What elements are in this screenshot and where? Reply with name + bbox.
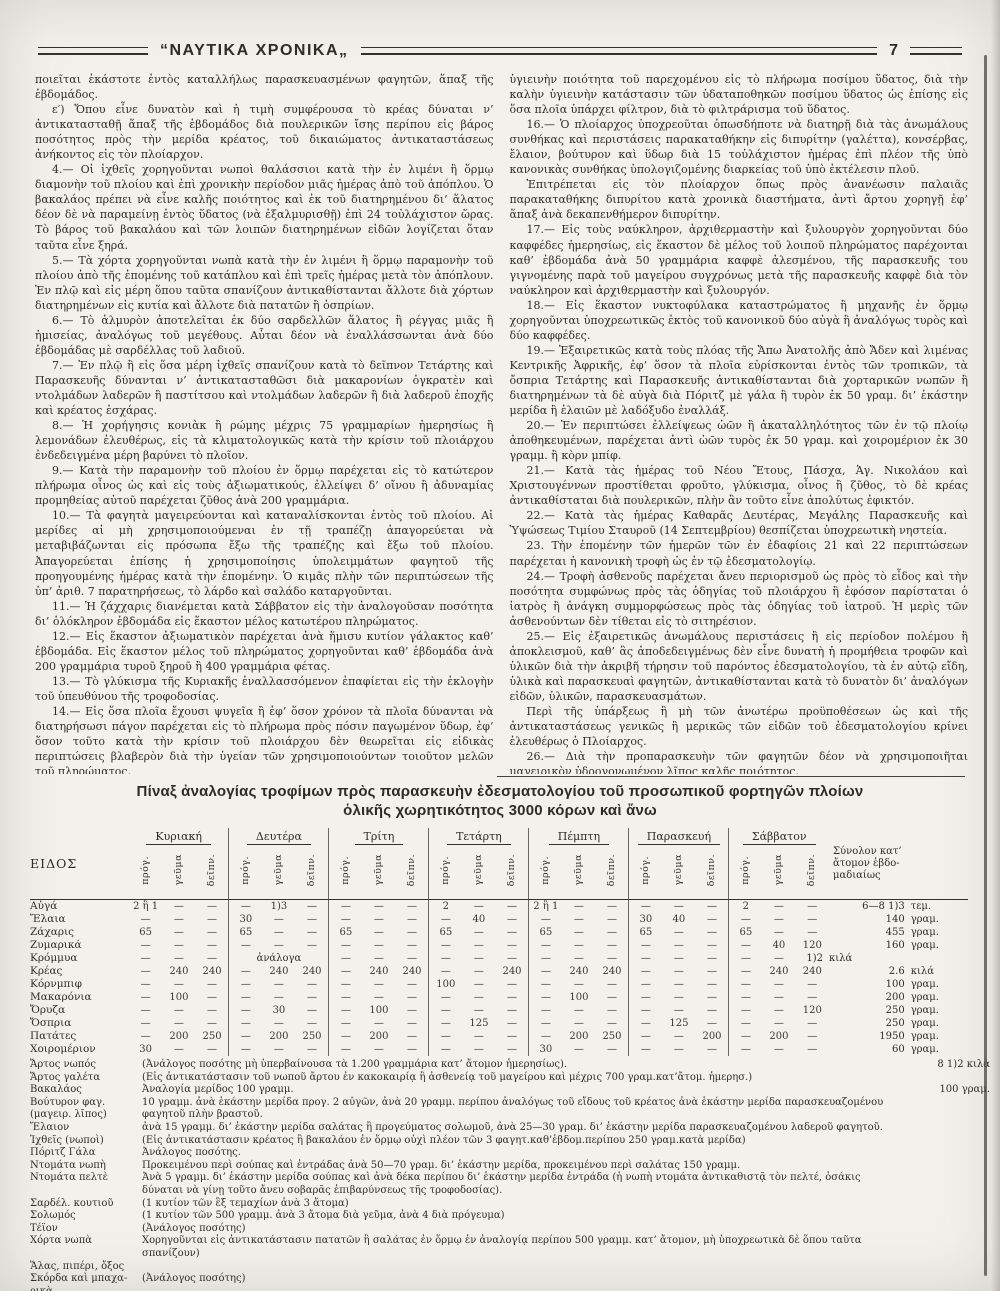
ration-cell: —: [329, 1017, 362, 1030]
ration-cell: —: [762, 1043, 795, 1056]
ration-cell: —: [562, 952, 595, 965]
ration-cell: —: [762, 926, 795, 939]
note-row: Βούτυρον φαγ. (μαγειρ. λῖπος)10 γραμμ. ἀ…: [30, 1097, 990, 1122]
ration-table-notes: Ἄρτος νωπός(Ἀνάλογος ποσότης μὴ ὑπερβαίν…: [30, 1059, 990, 1291]
meal-subheader: δεῖπν.: [396, 845, 429, 900]
meal-subheader: δεῖπν.: [496, 845, 529, 900]
note-text: Ἀνὰ 5 γραμμ. δι’ ἑκάστην μερίδα σούπας κ…: [142, 1172, 902, 1197]
ration-cell: —: [462, 1030, 495, 1043]
ration-cell: —: [762, 1017, 795, 1030]
ration-cell: —: [329, 1004, 362, 1017]
ration-cell: —: [496, 952, 529, 965]
ration-cell: 125: [662, 1017, 695, 1030]
meal-subheader: πρόγ.: [729, 845, 762, 900]
meal-subheader: δεῖπν.: [796, 845, 829, 900]
paragraph: 10.— Τὰ φαγητὰ μαγειρεύονται καὶ καταναλ…: [35, 508, 494, 598]
paragraph: 18.— Εἰς ἕκαστον νυκτοφύλακα καταστρώματ…: [510, 298, 969, 343]
meal-subheader-label: δεῖπν.: [707, 854, 717, 886]
ration-cell: —: [329, 1030, 362, 1043]
weekly-total-unit: γραμ.: [911, 926, 968, 939]
day-header-row: ΕΙΔΟΣΚυριακήΔευτέραΤρίτηΤετάρτηΠέμπτηΠαρ…: [30, 828, 968, 845]
ration-cell: —: [562, 926, 595, 939]
ration-cell: —: [462, 900, 495, 914]
ration-cell: —: [362, 1043, 395, 1056]
day-name: Σάββατον: [743, 830, 816, 845]
ration-cell: —: [696, 900, 729, 914]
food-item-label: Ζάχαρις: [30, 926, 129, 939]
ration-cell: —: [629, 900, 662, 914]
ration-cell: 240: [262, 965, 295, 978]
paragraph: 17.— Εἰς τοὺς ναύκληρον, ἀρχιθερμαστὴν κ…: [510, 222, 969, 297]
paragraph: 25.— Εἰς ἐξαιρετικῶς ἀνωμάλους περιστάσε…: [510, 629, 969, 704]
ration-cell: 100: [162, 991, 195, 1004]
note-label: Βακαλάος: [30, 1084, 142, 1097]
ration-cell: —: [162, 978, 195, 991]
ration-cell: —: [696, 913, 729, 926]
note-label: Ντομάτα νωπὴ: [30, 1160, 142, 1173]
ration-cell: —: [462, 939, 495, 952]
note-label: Ἔλαιον: [30, 1122, 142, 1135]
ration-cell: —: [362, 952, 395, 965]
ration-cell: —: [396, 1043, 429, 1056]
table-row: Ὄσπρια——————————125—————125————250γραμ.: [30, 1017, 968, 1030]
ration-cell: —: [362, 926, 395, 939]
note-text: 10 γραμμ. ἀνὰ ἑκάστην μερίδα προγ. 2 αὐγ…: [142, 1097, 902, 1122]
ration-cell: —: [596, 952, 629, 965]
body-text: ποιεῖται ἑκάστοτε ἐντὸς καταλλήλως παρασ…: [35, 72, 968, 774]
food-item-label: Πατάτες: [30, 1030, 129, 1043]
ration-cell: —: [696, 1043, 729, 1056]
ration-cell: —: [796, 1017, 829, 1030]
ration-cell: 240: [396, 965, 429, 978]
ration-cell: 200: [562, 1030, 595, 1043]
ration-cell: —: [729, 965, 762, 978]
note-row: Ἅλας, πιπέρι, ὄξος: [30, 1261, 990, 1274]
masthead-title: “ΝΑΥΤΙΚΑ ΧΡΟΝΙΚΑ„: [160, 42, 349, 60]
ration-cell: 240: [596, 965, 629, 978]
meal-subheader: γεῦμα: [362, 845, 395, 900]
ration-cell: 240: [296, 965, 329, 978]
ration-cell: —: [662, 1004, 695, 1017]
ration-cell: —: [429, 965, 462, 978]
meal-subheader-label: πρόγ.: [741, 856, 751, 885]
ration-cell: —: [529, 1017, 562, 1030]
ration-cell: —: [129, 991, 162, 1004]
meal-subheader: γεῦμα: [562, 845, 595, 900]
meal-subheader-label: γεῦμα: [174, 854, 184, 885]
ration-cell: —: [729, 1017, 762, 1030]
note-text: Προκειμένου περὶ σούπας καὶ ἐντράδας ἀνὰ…: [142, 1160, 902, 1173]
paragraph: 19.— Ἐξαιρετικῶς κατὰ τοὺς πλόας τῆς Ἄπω…: [510, 343, 969, 418]
ration-cell: —: [662, 926, 695, 939]
ration-cell: —: [162, 1004, 195, 1017]
ration-cell: 200: [696, 1030, 729, 1043]
ration-cell: —: [496, 978, 529, 991]
meal-subheader: γεῦμα: [662, 845, 695, 900]
ration-cell: 65: [629, 926, 662, 939]
table-row: Ζυμαρικά———————————————————40120160γραμ.: [30, 939, 968, 952]
ration-cell: —: [662, 952, 695, 965]
ration-cell: —: [362, 939, 395, 952]
ration-cell: —: [262, 913, 295, 926]
ration-cell: 100: [429, 978, 462, 991]
paragraph: 24.— Τροφὴ ἀσθενοῦς παρέχεται ἄνευ περιο…: [510, 569, 969, 629]
ration-cell: —: [496, 926, 529, 939]
scan-edge-line: [984, 55, 987, 1276]
ration-cell: —: [529, 965, 562, 978]
ration-cell: —: [362, 1017, 395, 1030]
ration-cell: —: [596, 1043, 629, 1056]
food-item-label: Ὄσπρια: [30, 1017, 129, 1030]
day-header: Σάββατον: [729, 828, 829, 845]
ration-cell: 240: [762, 965, 795, 978]
weekly-total-value: 100: [829, 978, 911, 991]
ration-cell: —: [629, 1043, 662, 1056]
meal-subheader-label: δεῖπν.: [507, 854, 517, 886]
ration-cell: —: [362, 913, 395, 926]
ration-cell: —: [629, 1017, 662, 1030]
ration-cell: 120: [796, 1004, 829, 1017]
ration-cell: —: [696, 926, 729, 939]
ration-cell: —: [229, 1017, 262, 1030]
ration-cell: —: [396, 1030, 429, 1043]
note-row: ΒακαλάοςἈναλογία μερίδος 100 γραμμ.100 γ…: [30, 1084, 990, 1097]
ration-cell: —: [529, 991, 562, 1004]
food-item-label: Κρόμμυα: [30, 952, 129, 965]
food-item-label: Μακαρόνια: [30, 991, 129, 1004]
weekly-total-unit: γραμ.: [911, 978, 968, 991]
ration-cell: —: [496, 900, 529, 914]
weekly-total-value: 250: [829, 1004, 911, 1017]
ration-cell: 240: [162, 965, 195, 978]
ration-cell: —: [396, 991, 429, 1004]
ration-cell: —: [462, 952, 495, 965]
ration-cell: —: [296, 913, 329, 926]
weekly-total-value: 160: [829, 939, 911, 952]
ration-cell: 40: [762, 939, 795, 952]
ration-cell: 65: [529, 926, 562, 939]
note-row: Σαρδέλ. κουτιοῦ(1 κυτίον τῶν ἓξ τεμαχίων…: [30, 1198, 990, 1211]
ration-cell: —: [329, 965, 362, 978]
ration-cell: —: [162, 1043, 195, 1056]
ration-cell: —: [696, 965, 729, 978]
ration-cell: —: [529, 939, 562, 952]
ration-cell: —: [596, 900, 629, 914]
ration-cell: —: [529, 913, 562, 926]
ration-cell: 240: [196, 965, 229, 978]
ration-cell: —: [362, 978, 395, 991]
ration-cell: 65: [329, 926, 362, 939]
meal-subheader-label: πρόγ.: [341, 856, 351, 885]
ration-cell: —: [429, 1004, 462, 1017]
ration-cell: 200: [762, 1030, 795, 1043]
ration-cell: —: [662, 939, 695, 952]
note-row: Πόριτζ ΓάλαἈνάλογος ποσότης.: [30, 1147, 990, 1160]
ration-cell: —: [596, 991, 629, 1004]
table-title-line1: Πίναξ ἀναλογίας τροφίμων πρὸς παρασκευὴν…: [0, 782, 1000, 801]
meal-subheader-label: γεῦμα: [274, 854, 284, 885]
food-item-label: Χοιρομέριον: [30, 1043, 129, 1056]
ration-cell: 2 ἢ 1: [529, 900, 562, 914]
ration-cell: —: [162, 900, 195, 914]
ration-cell: —: [696, 991, 729, 1004]
ration-cell: —: [762, 1004, 795, 1017]
meal-subheader: δεῖπν.: [596, 845, 629, 900]
header-rule-middle: [361, 47, 878, 55]
ration-cell: —: [729, 1030, 762, 1043]
ration-cell: —: [529, 1004, 562, 1017]
ration-cell: —: [496, 1017, 529, 1030]
ration-cell: 30: [229, 913, 262, 926]
ration-cell: —: [329, 900, 362, 914]
ration-cell: —: [662, 1030, 695, 1043]
ration-cell: —: [196, 1017, 229, 1030]
note-text: (1 κυτίον τῶν ἓξ τεμαχίων ἀνὰ 3 ἄτομα): [142, 1198, 902, 1211]
ration-cell: —: [229, 991, 262, 1004]
paragraph: 13.— Τὸ γλύκισμα τῆς Κυριακῆς ἐναλλασσόμ…: [35, 674, 494, 704]
ration-cell: —: [596, 1004, 629, 1017]
ration-cell: —: [262, 926, 295, 939]
note-row: Ντομάτα νωπὴΠροκειμένου περὶ σούπας καὶ …: [30, 1160, 990, 1173]
ration-cell: —: [196, 978, 229, 991]
ration-cell: —: [296, 978, 329, 991]
ration-cell: —: [596, 939, 629, 952]
meal-subheader-label: δεῖπν.: [307, 854, 317, 886]
ration-cell: —: [596, 1017, 629, 1030]
note-text: Ἀνάλογος ποσότης.: [142, 1147, 902, 1160]
ration-cell: —: [229, 939, 262, 952]
ration-cell: —: [562, 1004, 595, 1017]
ration-cell: 65: [129, 926, 162, 939]
food-item-label: Ζυμαρικά: [30, 939, 129, 952]
ration-cell: —: [196, 913, 229, 926]
note-total: 8 1)2 κιλὰ: [902, 1059, 990, 1072]
ration-cell: —: [629, 991, 662, 1004]
meal-subheader-label: γεῦμα: [574, 854, 584, 885]
ration-cell: —: [329, 1043, 362, 1056]
scan-shadow: [991, 0, 1000, 1291]
ration-cell: 200: [262, 1030, 295, 1043]
header-rule-right: [910, 47, 962, 55]
note-label: Σαρδέλ. κουτιοῦ: [30, 1198, 142, 1211]
paragraph: Ἐπιτρέπεται εἰς τὸν πλοίαρχον ὅπως πρὸς …: [510, 177, 969, 222]
ration-cell: —: [429, 1043, 462, 1056]
note-row: Τέϊον(Ἀνάλογος ποσότης): [30, 1223, 990, 1236]
header-rule-left: [38, 47, 148, 55]
ration-cell: —: [629, 952, 662, 965]
ration-cell: —: [662, 978, 695, 991]
ration-cell: —: [429, 1017, 462, 1030]
weekly-total-value: 455: [829, 926, 911, 939]
ration-cell: —: [196, 991, 229, 1004]
ration-cell: —: [696, 939, 729, 952]
ration-cell: —: [296, 939, 329, 952]
ration-cell: —: [196, 900, 229, 914]
note-total: 100 γραμ.: [902, 1084, 990, 1097]
ration-cell: —: [129, 1004, 162, 1017]
food-item-label: Ὄρυζα: [30, 1004, 129, 1017]
note-label: Σολωμός: [30, 1210, 142, 1223]
ration-cell: —: [296, 926, 329, 939]
ration-cell: —: [229, 900, 262, 914]
weekly-total-unit: γραμ.: [911, 1017, 968, 1030]
ration-cell: —: [462, 1043, 495, 1056]
weekly-total-unit: κιλά: [911, 965, 968, 978]
meal-subheader-label: πρόγ.: [141, 856, 151, 885]
ration-cell: —: [596, 913, 629, 926]
food-item-label: Κρέας: [30, 965, 129, 978]
day-name: Πέμπτη: [549, 830, 609, 845]
table-row: Ἔλαια———30——————40————3040————140γραμ.: [30, 913, 968, 926]
weekly-total-unit: τεμ.: [911, 900, 968, 914]
table-row: Κρέας—240240—240240—240240——240—240240——…: [30, 965, 968, 978]
paragraph: 20.— Ἐν περιπτώσει ἐλλείψεως ὠῶν ἢ ἀκατα…: [510, 418, 969, 463]
ration-cell: —: [462, 978, 495, 991]
meal-subheader-label: πρόγ.: [641, 856, 651, 885]
meal-subheader-label: γεῦμα: [674, 854, 684, 885]
meal-subheader: πρόγ.: [229, 845, 262, 900]
ration-cell: —: [429, 1030, 462, 1043]
ration-cell: —: [629, 1004, 662, 1017]
weekly-total-value: 2.6: [829, 965, 911, 978]
note-row: Ντομάτα πελτὲἈνὰ 5 γραμμ. δι’ ἑκάστην με…: [30, 1172, 990, 1197]
kind-column-header: ΕΙΔΟΣ: [30, 828, 129, 900]
day-header: Πέμπτη: [529, 828, 629, 845]
meal-subheader: πρόγ.: [529, 845, 562, 900]
ration-cell: —: [729, 1004, 762, 1017]
ration-cell: —: [396, 939, 429, 952]
paragraph: 7.— Ἐν πλῷ ἢ εἰς ὅσα μέρη ἰχθεῖς σπανίζο…: [35, 358, 494, 418]
ration-cell: —: [496, 1030, 529, 1043]
ration-cell: —: [396, 900, 429, 914]
paragraph: 6.— Τὸ ἁλμυρὸν ἀποτελεῖται ἐκ δύο σαρδελ…: [35, 313, 494, 358]
ration-cell: —: [196, 1004, 229, 1017]
ration-cell: —: [562, 1043, 595, 1056]
ration-cell: —: [729, 952, 762, 965]
ration-cell: —: [729, 913, 762, 926]
ration-cell: 40: [462, 913, 495, 926]
note-row: Ἰχθεῖς (νωποὶ)(Εἰς ἀντικατάστασιν κρέατο…: [30, 1135, 990, 1148]
ration-cell: —: [662, 991, 695, 1004]
meal-subheader: πρόγ.: [129, 845, 162, 900]
paragraph: 21.— Κατὰ τὰς ἡμέρας τοῦ Νέου Ἔτους, Πάσ…: [510, 463, 969, 508]
note-row: Ἄρτος γαλέτα(Εἰς ἀντικατάστασιν τοῦ νωπο…: [30, 1072, 990, 1085]
paragraph: 5.— Τὰ χόρτα χορηγοῦνται νωπὰ κατὰ τὴν ἐ…: [35, 253, 494, 313]
ration-cell: —: [162, 939, 195, 952]
ration-cell: 240: [496, 965, 529, 978]
ration-cell: —: [462, 991, 495, 1004]
paragraph: 22.— Κατὰ τὰς ἡμέρας Καθαρᾶς Δευτέρας, Μ…: [510, 508, 969, 538]
ration-cell: 100: [562, 991, 595, 1004]
spanning-note-cell: ἀνάλογα: [229, 952, 329, 965]
meal-subheader-label: δεῖπν.: [607, 854, 617, 886]
ration-cell: —: [396, 926, 429, 939]
page-header: “ΝΑΥΤΙΚΑ ΧΡΟΝΙΚΑ„ 7: [38, 42, 962, 60]
ration-cell: —: [196, 1043, 229, 1056]
ration-cell: —: [229, 978, 262, 991]
paragraph: ποιεῖται ἑκάστοτε ἐντὸς καταλλήλως παρασ…: [35, 72, 494, 102]
weekly-total-value: 200: [829, 991, 911, 1004]
paragraph: 23. Τὴν ἐπομένην τῶν ἡμερῶν τῶν ἐν ἐδαφί…: [510, 538, 969, 568]
ration-cell: 65: [429, 926, 462, 939]
meal-subheader: πρόγ.: [329, 845, 362, 900]
note-label: Χόρτα νωπὰ: [30, 1235, 142, 1248]
ration-cell: —: [196, 926, 229, 939]
ration-cell: —: [262, 978, 295, 991]
table-row: Μακαρόνια—100———————————100———————200γρα…: [30, 991, 968, 1004]
note-row: Ἄρτος νωπός(Ἀνάλογος ποσότης μὴ ὑπερβαίν…: [30, 1059, 990, 1072]
ration-cell: —: [262, 1017, 295, 1030]
meal-subheader-label: δεῖπν.: [407, 854, 417, 886]
ration-cell: —: [162, 952, 195, 965]
meal-subheader-label: γεῦμα: [374, 854, 384, 885]
ration-cell: —: [496, 991, 529, 1004]
note-text: ἀνὰ 15 γραμμ. δι’ ἑκάστην μερίδα σαλάτας…: [142, 1122, 902, 1135]
day-name: Παρασκευή: [638, 830, 720, 845]
page-number: 7: [889, 42, 898, 60]
ration-cell: —: [129, 978, 162, 991]
meal-subheader: δεῖπν.: [196, 845, 229, 900]
ration-cell: 250: [296, 1030, 329, 1043]
weekly-total-unit: γραμ.: [911, 1030, 968, 1043]
ration-cell: —: [229, 1030, 262, 1043]
ration-cell: 2: [729, 900, 762, 914]
day-name: Τρίτη: [355, 830, 404, 845]
ration-cell: —: [329, 913, 362, 926]
food-item-label: Αὐγά: [30, 900, 129, 914]
note-row: Ἔλαιονἀνὰ 15 γραμμ. δι’ ἑκάστην μερίδα σ…: [30, 1122, 990, 1135]
weekly-total-unit: γραμ.: [911, 913, 968, 926]
ration-cell: —: [129, 913, 162, 926]
ration-cell: —: [796, 978, 829, 991]
ration-cell: —: [796, 991, 829, 1004]
table-row: Κόρνμπιφ—————————100———————————100γραμ.: [30, 978, 968, 991]
ration-cell: —: [596, 926, 629, 939]
ration-cell: —: [729, 1043, 762, 1056]
weekly-total-value: 250: [829, 1017, 911, 1030]
ration-cell: —: [396, 913, 429, 926]
ration-cell: —: [796, 926, 829, 939]
ration-cell: —: [562, 900, 595, 914]
ration-cell: —: [362, 900, 395, 914]
paragraph: 26.— Διὰ τὴν προπαρασκευὴν τῶν φαγητῶν δ…: [510, 749, 969, 774]
weekly-total-value: 1)2: [796, 952, 829, 965]
weekly-total-unit: γραμ.: [911, 1004, 968, 1017]
ration-cell: —: [762, 952, 795, 965]
ration-cell: —: [696, 1004, 729, 1017]
ration-cell: —: [129, 952, 162, 965]
ration-cell: —: [162, 1017, 195, 1030]
day-header: Τετάρτη: [429, 828, 529, 845]
ration-cell: —: [696, 978, 729, 991]
paragraph: 8.— Ἡ χορήγησις κονιὰκ ἢ ρώμης μέχρις 75…: [35, 418, 494, 463]
ration-cell: 250: [596, 1030, 629, 1043]
day-name: Κυριακή: [146, 830, 211, 845]
ration-cell: —: [596, 978, 629, 991]
ration-cell: 65: [729, 926, 762, 939]
weekly-total-unit: γραμ.: [911, 991, 968, 1004]
ration-cell: —: [329, 939, 362, 952]
ration-cell: 240: [562, 965, 595, 978]
ration-cell: —: [296, 1017, 329, 1030]
table-row: Ὄρυζα————30——100————————————120250γραμ.: [30, 1004, 968, 1017]
day-header: Δευτέρα: [229, 828, 329, 845]
ration-cell: —: [129, 1017, 162, 1030]
meal-subheader: πρόγ.: [429, 845, 462, 900]
ration-cell: —: [562, 939, 595, 952]
ration-cell: —: [396, 1004, 429, 1017]
ration-cell: —: [262, 1043, 295, 1056]
